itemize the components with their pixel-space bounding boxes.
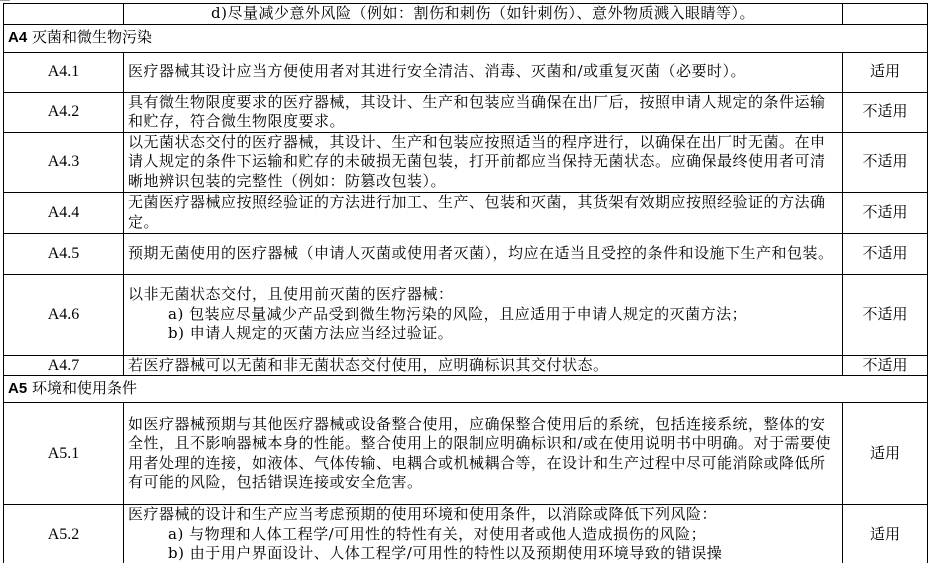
status-cell: 不适用 <box>843 233 928 274</box>
code-cell: A4.5 <box>4 233 124 274</box>
status-cell: 适用 <box>843 403 928 505</box>
status-cell: 不适用 <box>843 92 928 132</box>
table-row: A4.1 医疗器械其设计应当方便使用者对其进行安全清洁、消毒、灭菌和/或重复灭菌… <box>4 52 928 92</box>
description-cell: 无菌医疗器械应按照经验证的方法进行加工、生产、包装和灭菌，其货架有效期应按照经验… <box>124 192 843 233</box>
table-row: A5.2 医疗器械的设计和生产应当考虑预期的使用环境和使用条件，以消除或降低下列… <box>4 505 928 563</box>
table-row: A4.6 以非无菌状态交付，且使用前灭菌的医疗器械： a) 包装应尽量减少产品受… <box>4 274 928 355</box>
description-cell: 如医疗器械预期与其他医疗器械或设备整合使用，应确保整合使用后的系统，包括连接系统… <box>124 403 843 505</box>
code-cell: A4.1 <box>4 52 124 92</box>
description-cell: 医疗器械的设计和生产应当考虑预期的使用环境和使用条件，以消除或降低下列风险： a… <box>124 505 843 563</box>
table-row: A4.4 无菌医疗器械应按照经验证的方法进行加工、生产、包装和灭菌，其货架有效期… <box>4 192 928 233</box>
status-cell: 适用 <box>843 52 928 92</box>
status-cell: 不适用 <box>843 274 928 355</box>
section-heading: A5 环境和使用条件 <box>4 376 928 403</box>
section-row-a5: A5 环境和使用条件 <box>4 376 928 403</box>
description-cell: 以非无菌状态交付，且使用前灭菌的医疗器械： a) 包装应尽量减少产品受到微生物污… <box>124 274 843 355</box>
requirement-subitem-a: a) 与物理和人体工程学/可用性的特性有关，对使用者或他人造成损伤的风险； <box>128 525 838 545</box>
requirement-subitem-a: a) 包装应尽量减少产品受到微生物污染的风险，且应适用于申请人规定的灭菌方法； <box>128 305 838 325</box>
code-cell: A5.2 <box>4 505 124 563</box>
requirement-text: d)尽量减少意外风险（例如：割伤和刺伤（如针刺伤）、意外物质溅入眼睛等）。 <box>128 4 838 24</box>
description-cell: 医疗器械其设计应当方便使用者对其进行安全清洁、消毒、灭菌和/或重复灭菌（必要时）… <box>124 52 843 92</box>
code-cell: A4.6 <box>4 274 124 355</box>
code-cell: A4.7 <box>4 355 124 376</box>
section-row-a4: A4 灭菌和微生物污染 <box>4 24 928 52</box>
code-cell: A5.1 <box>4 403 124 505</box>
section-title: 环境和使用条件 <box>27 379 137 397</box>
status-cell: 适用 <box>843 505 928 563</box>
requirement-intro: 医疗器械的设计和生产应当考虑预期的使用环境和使用条件，以消除或降低下列风险： <box>128 505 838 525</box>
code-cell: A4.2 <box>4 92 124 132</box>
description-cell: 以无菌状态交付的医疗器械，其设计、生产和包装应按照适当的程序进行，以确保在出厂时… <box>124 132 843 192</box>
section-code: A4 <box>8 29 27 46</box>
description-cell: 具有微生物限度要求的医疗器械，其设计、生产和包装应当确保在出厂后，按照申请人规定… <box>124 92 843 132</box>
section-title: 灭菌和微生物污染 <box>27 28 152 46</box>
requirement-subitem-b: b) 申请人规定的灭菌方法应当经过验证。 <box>128 324 838 344</box>
section-heading: A4 灭菌和微生物污染 <box>4 24 928 52</box>
status-cell <box>843 4 928 25</box>
table-row: A4.7 若医疗器械可以无菌和非无菌状态交付使用，应明确标识其交付状态。 不适用 <box>4 355 928 376</box>
table-row-continuation: d)尽量减少意外风险（例如：割伤和刺伤（如针刺伤）、意外物质溅入眼睛等）。 <box>4 4 928 25</box>
requirement-subitem-b: b) 由于用户界面设计、人体工程学/可用性的特性以及预期使用环境导致的错误操 <box>128 544 838 563</box>
status-cell: 不适用 <box>843 192 928 233</box>
description-cell: 若医疗器械可以无菌和非无菌状态交付使用，应明确标识其交付状态。 <box>124 355 843 376</box>
table-row: A4.5 预期无菌使用的医疗器械（申请人灭菌或使用者灭菌），均应在适当且受控的条… <box>4 233 928 274</box>
status-cell: 不适用 <box>843 132 928 192</box>
description-cell: d)尽量减少意外风险（例如：割伤和刺伤（如针刺伤）、意外物质溅入眼睛等）。 <box>124 4 843 25</box>
code-cell: A4.3 <box>4 132 124 192</box>
requirements-table: d)尽量减少意外风险（例如：割伤和刺伤（如针刺伤）、意外物质溅入眼睛等）。 A4… <box>3 3 928 563</box>
code-cell: A4.4 <box>4 192 124 233</box>
table-row: A4.2 具有微生物限度要求的医疗器械，其设计、生产和包装应当确保在出厂后，按照… <box>4 92 928 132</box>
table-row: A4.3 以无菌状态交付的医疗器械，其设计、生产和包装应按照适当的程序进行，以确… <box>4 132 928 192</box>
table-row: A5.1 如医疗器械预期与其他医疗器械或设备整合使用，应确保整合使用后的系统，包… <box>4 403 928 505</box>
section-code: A5 <box>8 380 27 397</box>
status-cell: 不适用 <box>843 355 928 376</box>
code-cell <box>4 4 124 25</box>
description-cell: 预期无菌使用的医疗器械（申请人灭菌或使用者灭菌），均应在适当且受控的条件和设施下… <box>124 233 843 274</box>
requirement-intro: 以非无菌状态交付，且使用前灭菌的医疗器械： <box>128 285 838 305</box>
